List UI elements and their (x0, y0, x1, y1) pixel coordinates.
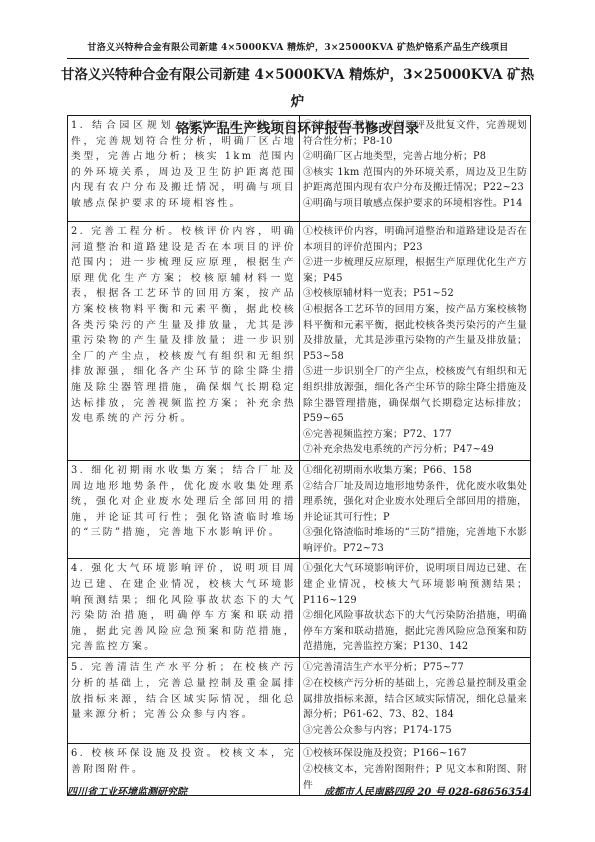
response-cell: ①结合园区规划、规划环评及批复文件，完善规划符合性分析；P8-10 ②明确厂区占… (300, 116, 531, 222)
response-item: ①强化大气环境影响评价，说明项目周边已建、在建企业情况，校核大气环境影响预测结果… (303, 561, 527, 608)
requirement-text: 2. 完善工程分析。校核评价内容，明确河道整治和道路建设是否在本项目的评价范围内… (71, 224, 296, 427)
response-item: ②结合厂址及周边地形地势条件，优化废水收集处理系统，强化对企业废水处理后全部回用… (303, 479, 527, 526)
response-item: ①校核评价内容，明确河道整治和道路建设是否在本项目的评价范围内；P23 (303, 224, 527, 255)
response-cell: ①完善清洁生产水平分析；P75~77 ②在校核产污分析的基础上，完善总量控制及重… (300, 658, 531, 744)
table-row: 2. 完善工程分析。校核评价内容，明确河道整治和道路建设是否在本项目的评价范围内… (68, 222, 531, 461)
response-item: ③校核原辅材料一览表；P51~52 (303, 286, 527, 302)
response-item: ⑥完善视频监控方案；P72、177 (303, 427, 527, 443)
table-row: 5. 完善清洁生产水平分析；在校核产污分析的基础上，完善总量控制及重金属排放指标… (68, 658, 531, 744)
response-item: ①细化初期雨水收集方案；P66、158 (303, 463, 527, 479)
response-item: ④明确与项目敏感点保护要求的环境相容性。P14 (303, 196, 527, 212)
table-row: 1. 结合园区规划、规划环评及批复文件，完善规划符合性分析，明确厂区占地类型，完… (68, 116, 531, 222)
requirement-text: 4. 强化大气环境影响评价，说明项目周边已建、在建企业情况，校核大气环境影响预测… (71, 561, 296, 655)
requirement-text: 5. 完善清洁生产水平分析；在校核产污分析的基础上，完善总量控制及重金属排放指标… (71, 660, 296, 722)
revision-table: 1. 结合园区规划、规划环评及批复文件，完善规划符合性分析，明确厂区占地类型，完… (67, 115, 531, 796)
response-cell: ①校核评价内容，明确河道整治和道路建设是否在本项目的评价范围内；P23 ②进一步… (300, 222, 531, 461)
requirement-text: 6. 校核环保设施及投资。校核文本，完善附图附件。 (71, 746, 296, 777)
response-item: ②细化风险事故状态下的大气污染防治措施，明确停车方案和联动措施，据此完善风险应急… (303, 608, 527, 655)
response-item: ④根据各工艺环节的回用方案，按产品方案校核物料平衡和元素平衡，据此校核各类污染污… (303, 302, 527, 364)
response-item: ②进一步梳理反应原理，根据生产原理优化生产方案；P45 (303, 255, 527, 286)
table-row: 3. 细化初期雨水收集方案；结合厂址及周边地形地势条件，优化废水收集处理系统，强… (68, 460, 531, 559)
response-item: ⑦补充余热发电系统的产污分析；P47~49 (303, 442, 527, 458)
requirement-cell: 1. 结合园区规划、规划环评及批复文件，完善规划符合性分析，明确厂区占地类型，完… (68, 116, 300, 222)
requirement-text: 1. 结合园区规划、规划环评及批复文件，完善规划符合性分析，明确厂区占地类型，完… (71, 118, 296, 212)
requirement-cell: 3. 细化初期雨水收集方案；结合厂址及周边地形地势条件，优化废水收集处理系统，强… (68, 460, 300, 559)
table-row: 4. 强化大气环境影响评价，说明项目周边已建、在建企业情况，校核大气环境影响预测… (68, 559, 531, 658)
document-title-line1: 甘洛义兴特种合金有限公司新建 4×5000KVA 精炼炉，3×25000KVA … (60, 62, 535, 116)
requirement-text: 3. 细化初期雨水收集方案；结合厂址及周边地形地势条件，优化废水收集处理系统，强… (71, 463, 296, 541)
page-header: 甘洛义兴特种合金有限公司新建 4×5000KVA 精炼炉，3×25000KVA … (67, 40, 529, 59)
document-page: 甘洛义兴特种合金有限公司新建 4×5000KVA 精炼炉，3×25000KVA … (0, 0, 595, 842)
footer-institute: 四川省工业环境监测研究院 (67, 783, 187, 798)
header-text: 甘洛义兴特种合金有限公司新建 4×5000KVA 精炼炉，3×25000KVA … (87, 43, 508, 53)
footer-address-phone: 成都市人民南路四段 20 号 028-68656354 (324, 783, 529, 798)
requirement-cell: 5. 完善清洁生产水平分析；在校核产污分析的基础上，完善总量控制及重金属排放指标… (68, 658, 300, 744)
requirement-cell: 2. 完善工程分析。校核评价内容，明确河道整治和道路建设是否在本项目的评价范围内… (68, 222, 300, 461)
page-footer: 四川省工业环境监测研究院 成都市人民南路四段 20 号 028-68656354 (67, 783, 529, 798)
response-item: ①校核环保设施及投资；P166~167 (303, 746, 527, 762)
response-item: ②在校核产污分析的基础上，完善总量控制及重金属排放指标来源，结合区域实际情况，细… (303, 676, 527, 723)
requirement-cell: 4. 强化大气环境影响评价，说明项目周边已建、在建企业情况，校核大气环境影响预测… (68, 559, 300, 658)
response-cell: ①强化大气环境影响评价，说明项目周边已建、在建企业情况，校核大气环境影响预测结果… (300, 559, 531, 658)
response-item: ①结合园区规划、规划环评及批复文件，完善规划符合性分析；P8-10 (303, 118, 527, 149)
response-item: ⑤进一步识别全厂的产尘点，校核废气有组织和无组织排放源强，细化各产尘环节的除尘降… (303, 364, 527, 426)
response-item: ③强化铬渣临时堆场的“三防”措施，完善地下水影响评价。P72~73 (303, 525, 527, 556)
response-item: ③完善公众参与内容；P174-175 (303, 723, 527, 739)
response-item: ②明确厂区占地类型，完善占地分析；P8 (303, 149, 527, 165)
response-cell: ①细化初期雨水收集方案；P66、158 ②结合厂址及周边地形地势条件，优化废水收… (300, 460, 531, 559)
response-item: ①完善清洁生产水平分析；P75~77 (303, 660, 527, 676)
response-item: ③核实 1km 范围内的外环境关系，周边及卫生防护距离范围内现有农户分布及搬迁情… (303, 165, 527, 196)
